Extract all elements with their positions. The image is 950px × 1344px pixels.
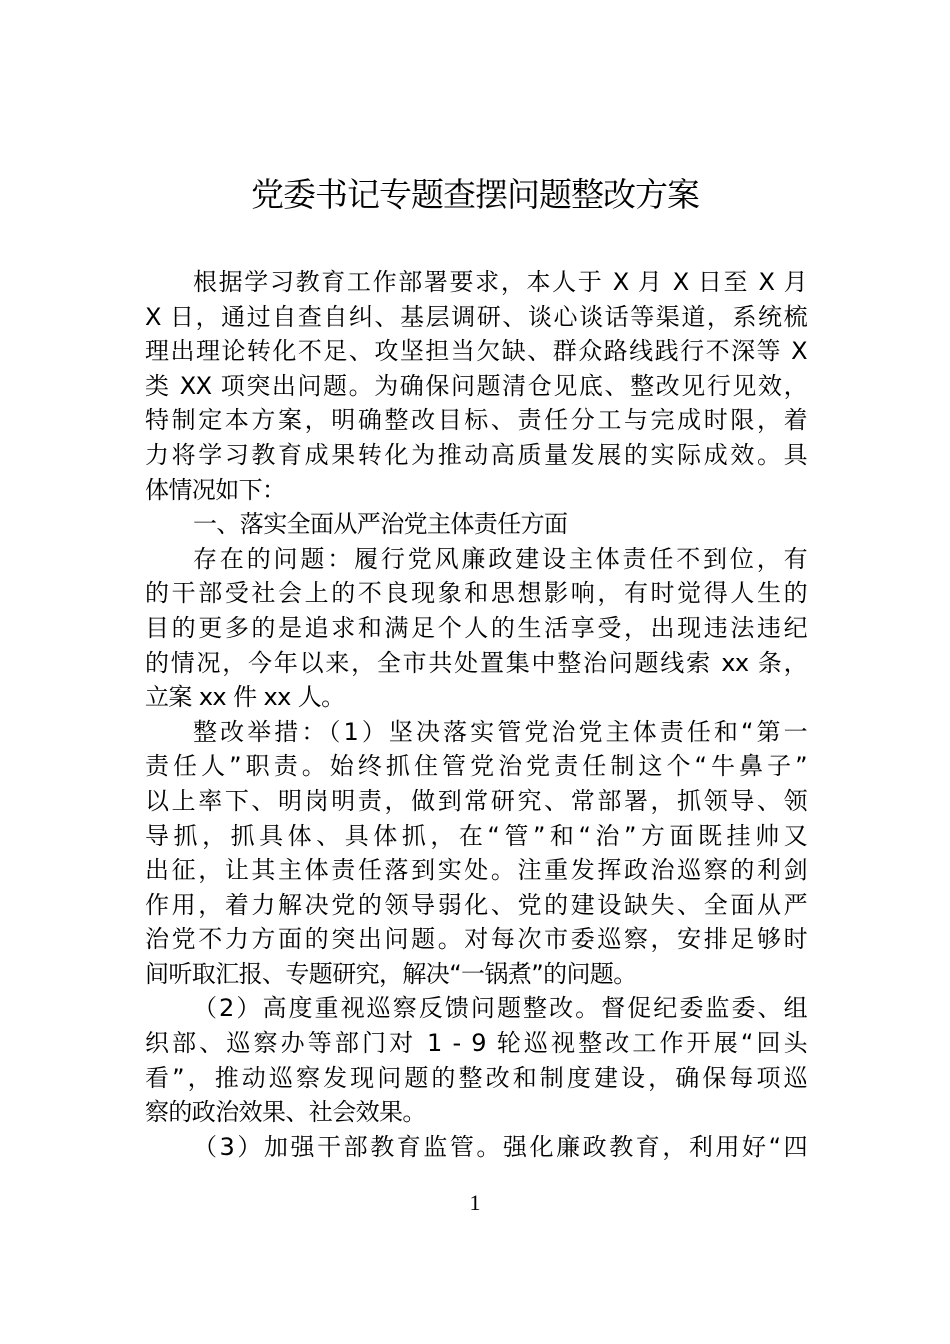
- page-number: 1: [0, 1188, 950, 1218]
- measure-2-paragraph: （2）高度重视巡察反馈问题整改。督促纪委监委、组 织部、巡察办等部门对 1 - …: [145, 991, 807, 1129]
- section-heading-1: 一、落实全面从严治党主体责任方面: [145, 507, 807, 542]
- measure-1-paragraph: 整改举措：（1）坚决落实管党治党主体责任和“第一 责任人”职责。始终抓住管党治党…: [145, 715, 807, 992]
- text-line: 目的更多的是追求和满足个人的生活享受，出现违法违纪: [145, 611, 807, 646]
- text-line: 以上率下、明岗明责，做到常研究、常部署，抓领导、领: [145, 784, 807, 819]
- measure-3-paragraph: （3）加强干部教育监管。强化廉政教育，利用好“四: [145, 1130, 807, 1165]
- text-line: 理出理论转化不足、攻坚担当欠缺、群众路线践行不深等 X: [145, 334, 807, 369]
- text-line: 责任人”职责。始终抓住管党治党责任制这个“牛鼻子”: [145, 749, 807, 784]
- text-line: 治党不力方面的突出问题。对每次市委巡察，安排足够时: [145, 922, 807, 957]
- text-line: 间听取汇报、专题研究，解决“一锅煮”的问题。: [145, 957, 807, 992]
- intro-paragraph: 根据学习教育工作部署要求，本人于 X 月 X 日至 X 月 X 日，通过自查自纠…: [145, 265, 807, 507]
- text-line: 体情况如下：: [145, 473, 807, 508]
- text-line: 察的政治效果、社会效果。: [145, 1095, 807, 1130]
- text-line: X 日，通过自查自纠、基层调研、谈心谈话等渠道，系统梳: [145, 300, 807, 335]
- section-heading-text: 一、落实全面从严治党主体责任方面: [145, 507, 807, 542]
- document-page: 党委书记专题查摆问题整改方案 根据学习教育工作部署要求，本人于 X 月 X 日至…: [0, 0, 950, 1344]
- text-line: 织部、巡察办等部门对 1 - 9 轮巡视整改工作开展“回头: [145, 1026, 807, 1061]
- text-line: 立案 xx 件 xx 人。: [145, 680, 807, 715]
- text-line: （2）高度重视巡察反馈问题整改。督促纪委监委、组: [145, 991, 807, 1026]
- document-title: 党委书记专题查摆问题整改方案: [0, 172, 950, 218]
- existing-problems-paragraph: 存在的问题：履行党风廉政建设主体责任不到位，有 的干部受社会上的不良现象和思想影…: [145, 542, 807, 715]
- text-line: 根据学习教育工作部署要求，本人于 X 月 X 日至 X 月: [145, 265, 807, 300]
- text-line: 导抓，抓具体、具体抓，在“管”和“治”方面既挂帅又: [145, 819, 807, 854]
- text-line: 的干部受社会上的不良现象和思想影响，有时觉得人生的: [145, 576, 807, 611]
- document-body: 根据学习教育工作部署要求，本人于 X 月 X 日至 X 月 X 日，通过自查自纠…: [145, 265, 807, 1164]
- text-line: 类 XX 项突出问题。为确保问题清仓见底、整改见行见效，: [145, 369, 807, 404]
- text-line: 存在的问题：履行党风廉政建设主体责任不到位，有: [145, 542, 807, 577]
- text-line: 作用，着力解决党的领导弱化、党的建设缺失、全面从严: [145, 888, 807, 923]
- text-line: 力将学习教育成果转化为推动高质量发展的实际成效。具: [145, 438, 807, 473]
- text-line: 出征，让其主体责任落到实处。注重发挥政治巡察的利剑: [145, 853, 807, 888]
- text-line: 整改举措：（1）坚决落实管党治党主体责任和“第一: [145, 715, 807, 750]
- text-line: 特制定本方案，明确整改目标、责任分工与完成时限，着: [145, 403, 807, 438]
- text-line: 看”，推动巡察发现问题的整改和制度建设，确保每项巡: [145, 1061, 807, 1096]
- text-line: （3）加强干部教育监管。强化廉政教育，利用好“四: [145, 1130, 807, 1165]
- text-line: 的情况，今年以来，全市共处置集中整治问题线索 xx 条，: [145, 646, 807, 681]
